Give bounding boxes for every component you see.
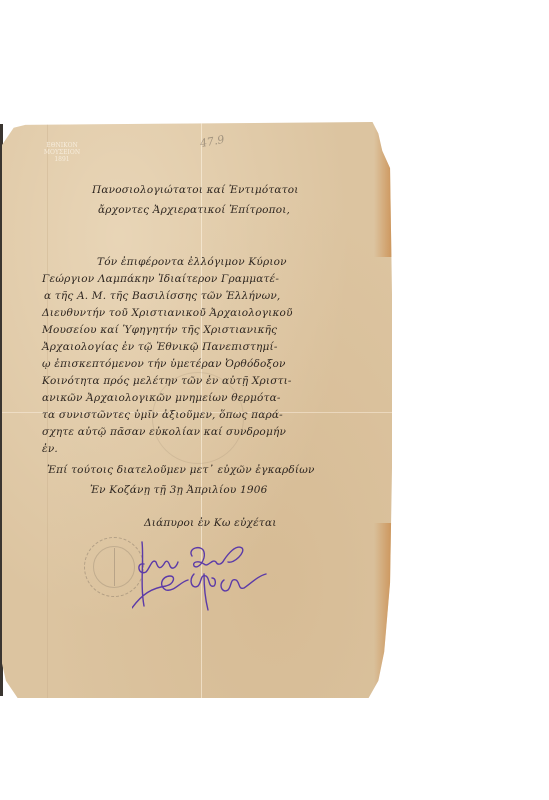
body-line: α τῆς Α. Μ. τῆς Βασιλίσσης τῶν Ἑλλήνων, — [44, 290, 280, 302]
body-line: ἐν. — [42, 443, 58, 455]
embossed-watermark: ΕΘΝΙΚΟΝ ΜΟΥΣΕΙΟΝ 1891 — [42, 142, 82, 163]
seal-inner-ring — [93, 546, 135, 588]
watermark-line: ΕΘΝΙΚΟΝ — [42, 142, 82, 149]
signature — [132, 534, 272, 614]
pencil-annotation: 47.9 — [199, 133, 225, 150]
body-line: Τόν ἐπιφέροντα ἐλλόγιμον Κύριον — [97, 256, 287, 268]
place-date: Ἐν Κοζάνῃ τῇ 3ῃ Ἀπριλίου 1906 — [90, 484, 268, 496]
water-stain-top — [374, 122, 392, 257]
salutation-line: Πανοσιολογιώτατοι καί Ἐντιμότατοι — [92, 184, 299, 196]
body-line: Γεώργιον Λαμπάκην Ἰδιαίτερον Γραμματέ- — [42, 273, 279, 285]
body-line: τα συνιστῶντες ὑμῖν ἀξιοῦμεν, ὅπως παρά- — [42, 409, 283, 421]
body-line: Ἀρχαιολογίας ἐν τῷ Ἐθνικῷ Πανεπιστημί- — [42, 341, 278, 353]
water-stain-bottom — [374, 523, 392, 698]
body-line: Ἐπί τούτοις διατελοῦμεν μετ᾽ εὐχῶν ἐγκαρ… — [47, 464, 315, 476]
body-line: σχητε αὐτῷ πᾶσαν εὐκολίαν καί συνδρομήν — [42, 426, 286, 438]
body-line: Διευθυντήν τοῦ Χριστιανικοῦ Ἀρχαιολογικο… — [42, 307, 293, 319]
watermark-line: 1891 — [42, 156, 82, 163]
body-line: ῳ ἐπισκεπτόμενον τήν ὑμετέραν Ὀρθόδοξον — [42, 358, 286, 370]
watermark-line: ΜΟΥΣΕΙΟΝ — [42, 149, 82, 156]
closing-line: Διάπυροι ἐν Κω εὐχέται — [144, 517, 277, 529]
salutation-line: ἄρχοντες Ἀρχιερατικοί Ἐπίτροποι, — [98, 204, 290, 216]
body-line: Μουσείου καί Ὑφηγητήν τῆς Χριστιανικῆς — [42, 324, 277, 336]
document-page: ΕΘΝΙΚΟΝ ΜΟΥΣΕΙΟΝ 1891 47.9 Πανοσιολογιώτ… — [2, 122, 392, 698]
body-line: ανικῶν Ἀρχαιολογικῶν μνημείων θερμότα- — [42, 392, 281, 404]
body-line: Κοινότητα πρός μελέτην τῶν ἐν αὐτῇ Χριστ… — [42, 375, 292, 387]
